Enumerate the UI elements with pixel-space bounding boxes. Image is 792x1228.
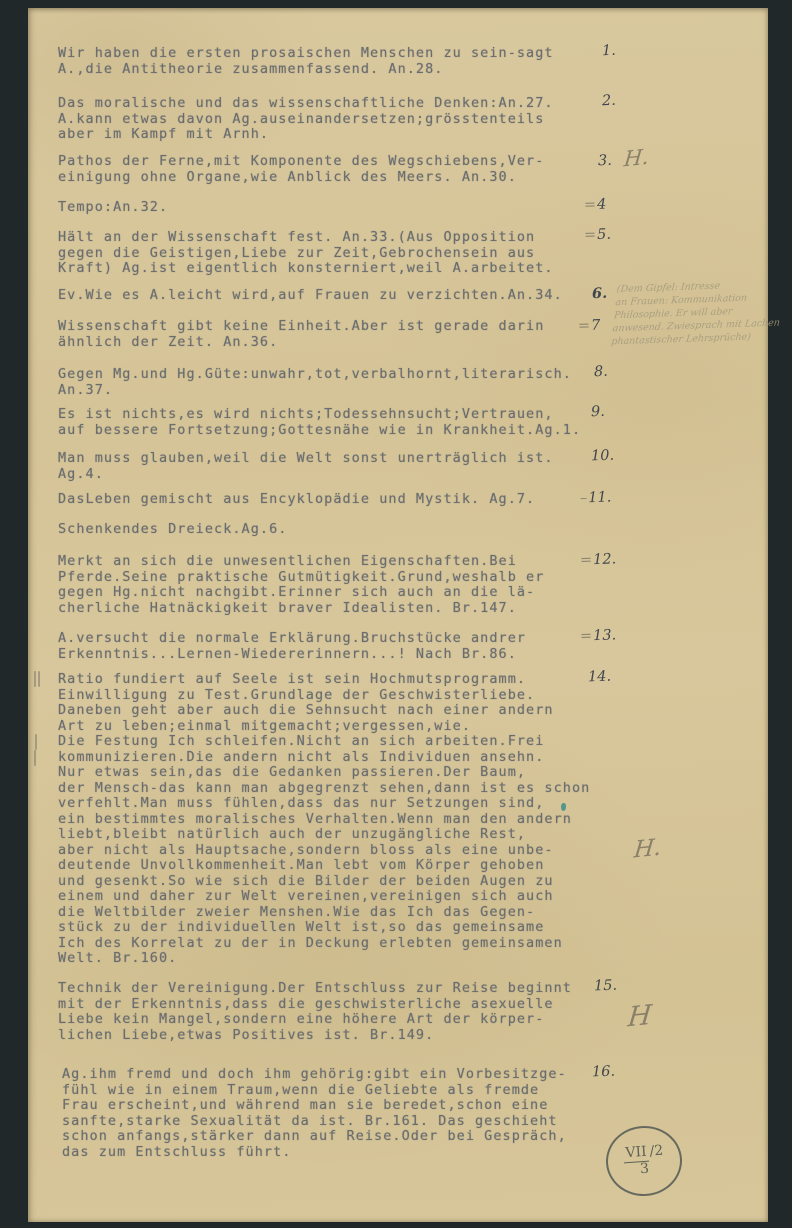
entry-10-text: Man muss glauben,weil die Welt sonst une… xyxy=(58,451,603,482)
entry-14-number: 14. xyxy=(588,670,612,686)
entry-2-number: 2. xyxy=(602,94,616,109)
entry-16-text: Ag.ihm fremd und doch ihm gehörig:gibt e… xyxy=(62,1067,607,1160)
entry-4-text: Tempo:An.32. xyxy=(58,200,603,216)
paper-page: Wir haben die ersten prosaischen Mensche… xyxy=(28,8,768,1222)
entry-1-text: Wir haben die ersten prosaischen Mensche… xyxy=(58,46,603,77)
entry-14-text: Ratio fundiert auf Seele ist sein Hochmu… xyxy=(58,672,603,967)
entry-9-number: 9. xyxy=(591,405,605,420)
entry-1-number: 1. xyxy=(602,44,616,59)
entry-3-text: Pathos der Ferne,mit Komponente des Wegs… xyxy=(58,154,603,185)
entry-13-text: A.versucht die normale Erklärung.Bruchst… xyxy=(58,631,603,662)
entry-8-text: Gegen Mg.und Hg.Güte:unwahr,tot,verbalho… xyxy=(58,367,603,398)
entry-5-number: =5. xyxy=(584,228,612,244)
entry-15-text: Technik der Vereinigung.Der Entschluss z… xyxy=(58,981,603,1043)
entry-10-number: 10. xyxy=(591,449,615,465)
pencil-h-mark-item15: H xyxy=(626,1000,653,1034)
archive-stamp-bottom: 3 xyxy=(640,1162,650,1178)
entry-7-text: Wissenschaft gibt keine Einheit.Aber ist… xyxy=(58,319,603,350)
scanned-document-photo: { "document": { "language": "German", "k… xyxy=(0,0,792,1228)
entry-2-text: Das moralische und das wissenschaftliche… xyxy=(58,96,603,143)
archive-stamp: VII/2 3 xyxy=(604,1123,685,1198)
entry-7-number: =7 xyxy=(578,319,601,335)
margin-bar-2 xyxy=(35,734,37,750)
entry-8-number: 8. xyxy=(594,365,608,380)
entry-11-text: DasLeben gemischt aus Encyklopädie und M… xyxy=(58,492,603,508)
entry-15-number: 15. xyxy=(594,979,618,995)
entry-11b-text: Schenkendes Dreieck.Ag.6. xyxy=(58,522,603,538)
entry-16-number: 16. xyxy=(592,1065,616,1081)
entry-3-number: 3. xyxy=(598,154,612,169)
margin-bar-3 xyxy=(34,750,36,766)
margin-bar-1a xyxy=(34,671,36,687)
entry-13-number: =13. xyxy=(580,628,617,644)
pencil-h-mark-item3: H. xyxy=(623,144,650,171)
pencil-h-mark-item14: H. xyxy=(633,834,663,863)
margin-bar-1b xyxy=(38,671,40,687)
entry-12-number: =12. xyxy=(580,552,617,568)
entry-5-text: Hält an der Wissenschaft fest. An.33.(Au… xyxy=(58,230,603,277)
pencil-margin-note: (Dem Gipfel: Intresse an Frauen: Kommuni… xyxy=(611,277,792,349)
entry-12-text: Merkt an sich die unwesentlichen Eigensc… xyxy=(58,554,603,616)
entry-6-number: 6. xyxy=(592,286,608,302)
entry-11-number: –11. xyxy=(580,490,612,506)
entry-9-text: Es ist nichts,es wird nichts;Todessehnsu… xyxy=(58,407,603,438)
archive-stamp-denominator: 2 xyxy=(654,1144,664,1160)
entry-4-number: =4 xyxy=(584,198,607,214)
entry-6-text: Ev.Wie es A.leicht wird,auf Frauen zu ve… xyxy=(58,288,603,304)
